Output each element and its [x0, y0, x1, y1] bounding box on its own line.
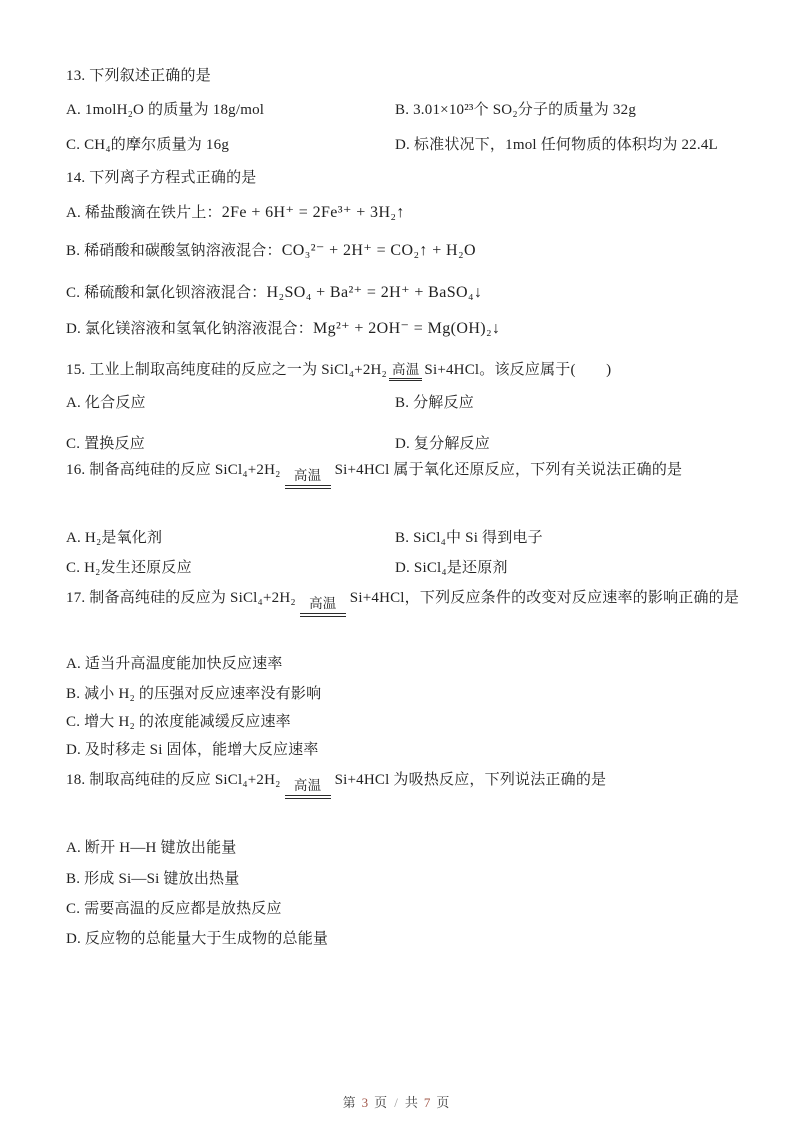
footer-label-gong: 共 — [405, 1095, 419, 1110]
page-footer: 第3页/共7页 — [0, 1092, 793, 1111]
question-15-options-row-2: C. 置换反应 D. 复分解反应 — [66, 434, 755, 455]
question-16-options-row-2: C. H₂发生还原反应 D. SiCl₄是还原剂 — [66, 558, 755, 579]
question-14-stem: 14. 下列离子方程式正确的是 — [66, 168, 755, 189]
question-18-option-d: D. 反应物的总能量大于生成物的总能量 — [66, 929, 755, 950]
question-17-option-b: B. 减小 H₂ 的压强对反应速率没有影响 — [66, 684, 755, 705]
question-14-option-d-text: D. 氯化镁溶液和氢氧化钠溶液混合： — [66, 321, 313, 337]
question-16-stem-pre: 16. 制备高纯硅的反应 SiCl₄+2H₂ — [66, 462, 281, 478]
equals-double-bar — [285, 485, 331, 489]
question-13-stem: 13. 下列叙述正确的是 — [66, 66, 755, 87]
question-15-option-a: A. 化合反应 — [66, 393, 395, 414]
question-13-options-row-1: A. 1molH₂O 的质量为 18g/mol B. 3.01×10²³个 SO… — [66, 100, 755, 121]
question-17-option-c: C. 增大 H₂ 的浓度能减缓反应速率 — [66, 712, 755, 733]
current-page-number: 3 — [362, 1095, 370, 1110]
question-16-option-b: B. SiCl₄中 Si 得到电子 — [395, 528, 755, 549]
question-13-option-d: D. 标准状况下，1mol 任何物质的体积均为 22.4L — [395, 135, 755, 156]
question-18-stem: 18. 制取高纯硅的反应 SiCl₄+2H₂高温Si+4HCl 为吸热反应，下列… — [66, 770, 755, 799]
question-14-option-b: B. 稀硝酸和碳酸氢钠溶液混合：CO₃²⁻ + 2H⁺ = CO₂↑ + H₂O — [66, 240, 755, 262]
exam-document-page: 13. 下列叙述正确的是 A. 1molH₂O 的质量为 18g/mol B. … — [0, 0, 793, 1122]
question-14-option-d-equation: Mg²⁺ + 2OH⁻ = Mg(OH)₂↓ — [313, 320, 500, 337]
footer-slash: / — [394, 1095, 399, 1110]
question-14-option-b-equation: CO₃²⁻ + 2H⁺ = CO₂↑ + H₂O — [282, 242, 476, 259]
question-17-stem-pre: 17. 制备高纯硅的反应为 SiCl₄+2H₂ — [66, 590, 296, 606]
question-18-stem-pre: 18. 制取高纯硅的反应 SiCl₄+2H₂ — [66, 772, 281, 788]
question-13-options-row-2: C. CH₄的摩尔质量为 16g D. 标准状况下，1mol 任何物质的体积均为… — [66, 135, 755, 156]
question-18-option-b: B. 形成 Si—Si 键放出热量 — [66, 869, 755, 890]
question-15-options-row-1: A. 化合反应 B. 分解反应 — [66, 393, 755, 414]
question-13-option-a: A. 1molH₂O 的质量为 18g/mol — [66, 100, 395, 121]
question-16-options-row-1: A. H₂是氧化剂 B. SiCl₄中 Si 得到电子 — [66, 528, 755, 549]
total-page-number: 7 — [424, 1095, 432, 1110]
reaction-condition-label: 高温 — [285, 778, 331, 794]
question-15-option-d: D. 复分解反应 — [395, 434, 755, 455]
footer-label-ye1: 页 — [374, 1095, 388, 1110]
question-15-stem-post: Si+4HCl。该反应属于( ) — [424, 362, 611, 378]
question-14-option-b-text: B. 稀硝酸和碳酸氢钠溶液混合： — [66, 243, 282, 259]
reaction-condition-over-equals: 高温 — [300, 596, 346, 617]
reaction-condition-label: 高温 — [389, 363, 422, 381]
reaction-condition-over-equals: 高温 — [285, 778, 331, 799]
question-13-option-c: C. CH₄的摩尔质量为 16g — [66, 135, 395, 156]
question-14-option-a: A. 稀盐酸滴在铁片上：2Fe + 6H⁺ = 2Fe³⁺ + 3H₂↑ — [66, 202, 755, 224]
question-18-option-a: A. 断开 H—H 键放出能量 — [66, 838, 755, 859]
reaction-condition-label: 高温 — [300, 596, 346, 612]
question-17-option-d: D. 及时移走 Si 固体，能增大反应速率 — [66, 740, 755, 761]
question-16-stem-post: Si+4HCl 属于氧化还原反应，下列有关说法正确的是 — [335, 462, 683, 478]
question-17-option-a: A. 适当升高温度能加快反应速率 — [66, 654, 755, 675]
reaction-condition-over-equals: 高温 — [285, 468, 331, 489]
question-13-option-b: B. 3.01×10²³个 SO₂分子的质量为 32g — [395, 100, 755, 121]
reaction-condition-label: 高温 — [285, 468, 331, 484]
footer-label-di: 第 — [343, 1095, 357, 1110]
question-18-option-c: C. 需要高温的反应都是放热反应 — [66, 899, 755, 920]
question-14-option-c-text: C. 稀硫酸和氯化钡溶液混合： — [66, 285, 267, 301]
question-15-stem-pre: 15. 工业上制取高纯度硅的反应之一为 SiCl₄+2H₂ — [66, 362, 387, 378]
question-16-option-d: D. SiCl₄是还原剂 — [395, 558, 755, 579]
footer-label-ye2: 页 — [436, 1095, 450, 1110]
question-14-option-c: C. 稀硫酸和氯化钡溶液混合：H₂SO₄ + Ba²⁺ = 2H⁺ + BaSO… — [66, 282, 755, 304]
question-14-option-a-equation: 2Fe + 6H⁺ = 2Fe³⁺ + 3H₂↑ — [222, 204, 405, 221]
question-16-option-c: C. H₂发生还原反应 — [66, 558, 395, 579]
question-14-option-d: D. 氯化镁溶液和氢氧化钠溶液混合：Mg²⁺ + 2OH⁻ = Mg(OH)₂↓ — [66, 318, 755, 340]
question-16-option-a: A. H₂是氧化剂 — [66, 528, 395, 549]
question-16-stem: 16. 制备高纯硅的反应 SiCl₄+2H₂高温Si+4HCl 属于氧化还原反应… — [66, 460, 755, 489]
question-14-option-c-equation: H₂SO₄ + Ba²⁺ = 2H⁺ + BaSO₄↓ — [267, 284, 483, 301]
question-14-option-a-text: A. 稀盐酸滴在铁片上： — [66, 205, 222, 221]
question-17-stem-post: Si+4HCl，下列反应条件的改变对反应速率的影响正确的是 — [350, 590, 739, 606]
question-15-option-c: C. 置换反应 — [66, 434, 395, 455]
question-17-stem: 17. 制备高纯硅的反应为 SiCl₄+2H₂高温Si+4HCl，下列反应条件的… — [66, 588, 755, 617]
question-15-stem: 15. 工业上制取高纯度硅的反应之一为 SiCl₄+2H₂高温Si+4HCl。该… — [66, 360, 755, 381]
equals-double-bar — [285, 795, 331, 799]
question-15-option-b: B. 分解反应 — [395, 393, 755, 414]
question-18-stem-post: Si+4HCl 为吸热反应，下列说法正确的是 — [335, 772, 607, 788]
equals-double-bar — [300, 613, 346, 617]
